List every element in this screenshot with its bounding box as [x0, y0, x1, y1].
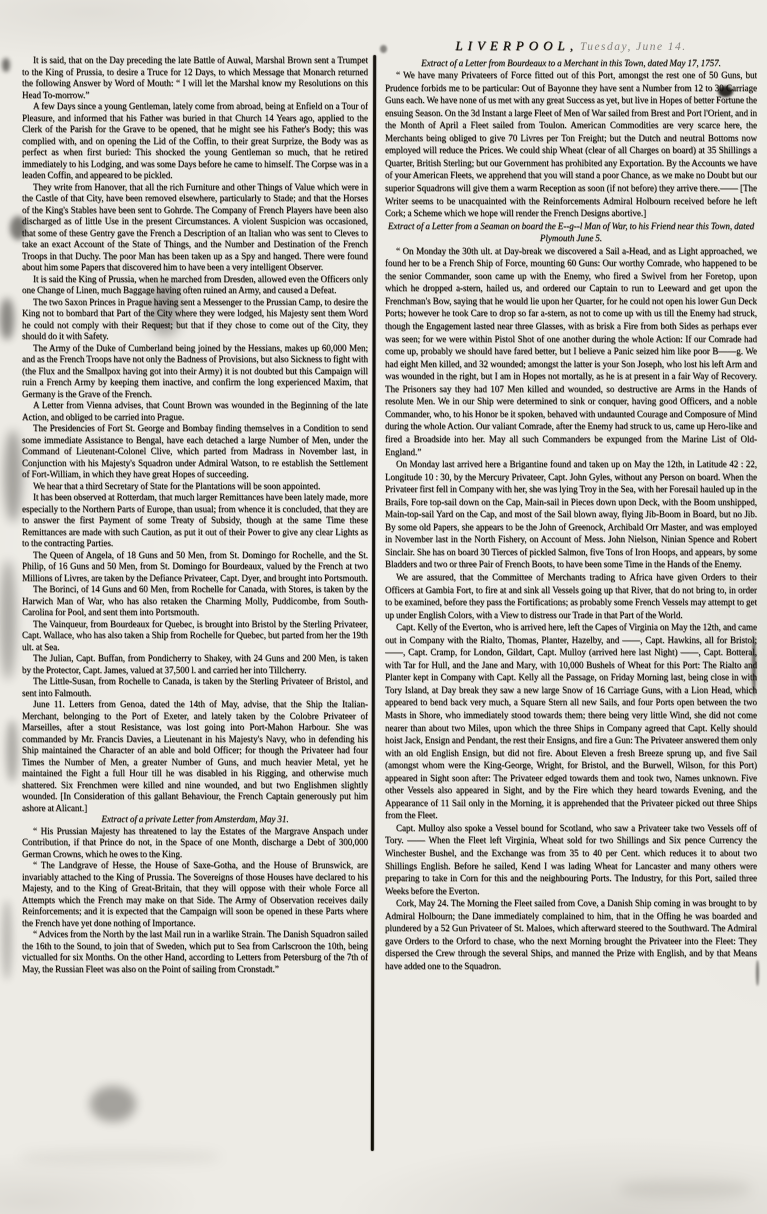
news-item: It is said, that on the Day preceding th… [22, 55, 368, 101]
ink-blot [0, 560, 16, 680]
left-column: It is said, that on the Day preceding th… [22, 55, 368, 1135]
newspaper-page: It is said, that on the Day preceding th… [0, 0, 767, 1214]
news-item: The Borinci, of 14 Guns and 60 Men, from… [22, 584, 368, 619]
ink-blot [10, 216, 26, 240]
ink-blot [90, 1086, 136, 1122]
ink-blot [4, 430, 22, 522]
section-heading: Extract of a Letter from a Seaman on boa… [385, 220, 757, 245]
news-item: The Julian, Capt. Buffan, from Pondicher… [22, 653, 368, 676]
news-item: A few Days since a young Gentleman, late… [22, 101, 368, 182]
news-item: Capt. Mulloy also spoke a Vessel bound f… [385, 822, 757, 897]
news-item: On Monday last arrived here a Brigantine… [385, 458, 757, 571]
ink-blot [2, 58, 10, 72]
news-item: The Army of the Duke of Cumberland being… [22, 343, 368, 401]
ink-blot [380, 45, 387, 53]
column-divider-rule [371, 55, 376, 1151]
news-item: The Little-Susan, from Rochelle to Canad… [22, 676, 368, 699]
section-heading: Extract of a private Letter from Amsterd… [22, 814, 368, 826]
ink-blot [0, 298, 14, 340]
news-item: “ Advices from the North by the last Mai… [22, 929, 368, 975]
news-item: They write from Hanover, that all the ri… [22, 182, 368, 274]
news-item: Cork, May 24. The Morning the Fleet sail… [385, 897, 757, 972]
news-item: It is said the King of Prussia, when he … [22, 274, 368, 297]
news-item: “ We have many Privateers of Force fitte… [385, 69, 757, 220]
ink-blot [718, 86, 733, 97]
masthead: LIVERPOOL, Tuesday, June 14. [385, 40, 757, 54]
news-item: It has been observed at Rotterdam, that … [22, 492, 368, 550]
news-item: Capt. Kelly of the Everton, who is arriv… [385, 621, 757, 822]
news-item: “ On Monday the 30th ult. at Day-break w… [385, 245, 757, 458]
news-item: A Letter from Vienna advises, that Count… [22, 400, 368, 423]
news-item: “ His Prussian Majesty has threatened to… [22, 826, 368, 861]
news-item: The two Saxon Princes in Prague having s… [22, 297, 368, 343]
ink-blot [6, 720, 18, 782]
news-item: We hear that a third Secretary of State … [22, 481, 368, 493]
ink-blot [752, 636, 756, 696]
news-item: The Vainqueur, from Bourdeaux for Quebec… [22, 619, 368, 654]
news-item: The Presidencies of Fort St. George and … [22, 423, 368, 481]
news-item: June 11. Letters from Genoa, dated the 1… [22, 699, 368, 814]
section-heading: Extract of a Letter from Bourdeaux to a … [385, 57, 757, 70]
news-item: The Queen of Angela, of 18 Guns and 50 M… [22, 550, 368, 585]
scan-streak [620, 1180, 750, 1198]
news-item: “ The Landgrave of Hesse, the House of S… [22, 860, 368, 929]
ink-blot [2, 900, 12, 980]
masthead-city: LIVERPOOL, [455, 40, 578, 53]
ink-blot [148, 282, 182, 336]
news-item: We are assured, that the Committee of Me… [385, 571, 757, 621]
scan-streak [20, 1150, 220, 1164]
ink-blot [756, 960, 759, 986]
masthead-dateline: Tuesday, June 14. [580, 41, 687, 53]
right-column: LIVERPOOL, Tuesday, June 14. Extract of … [385, 40, 757, 1212]
